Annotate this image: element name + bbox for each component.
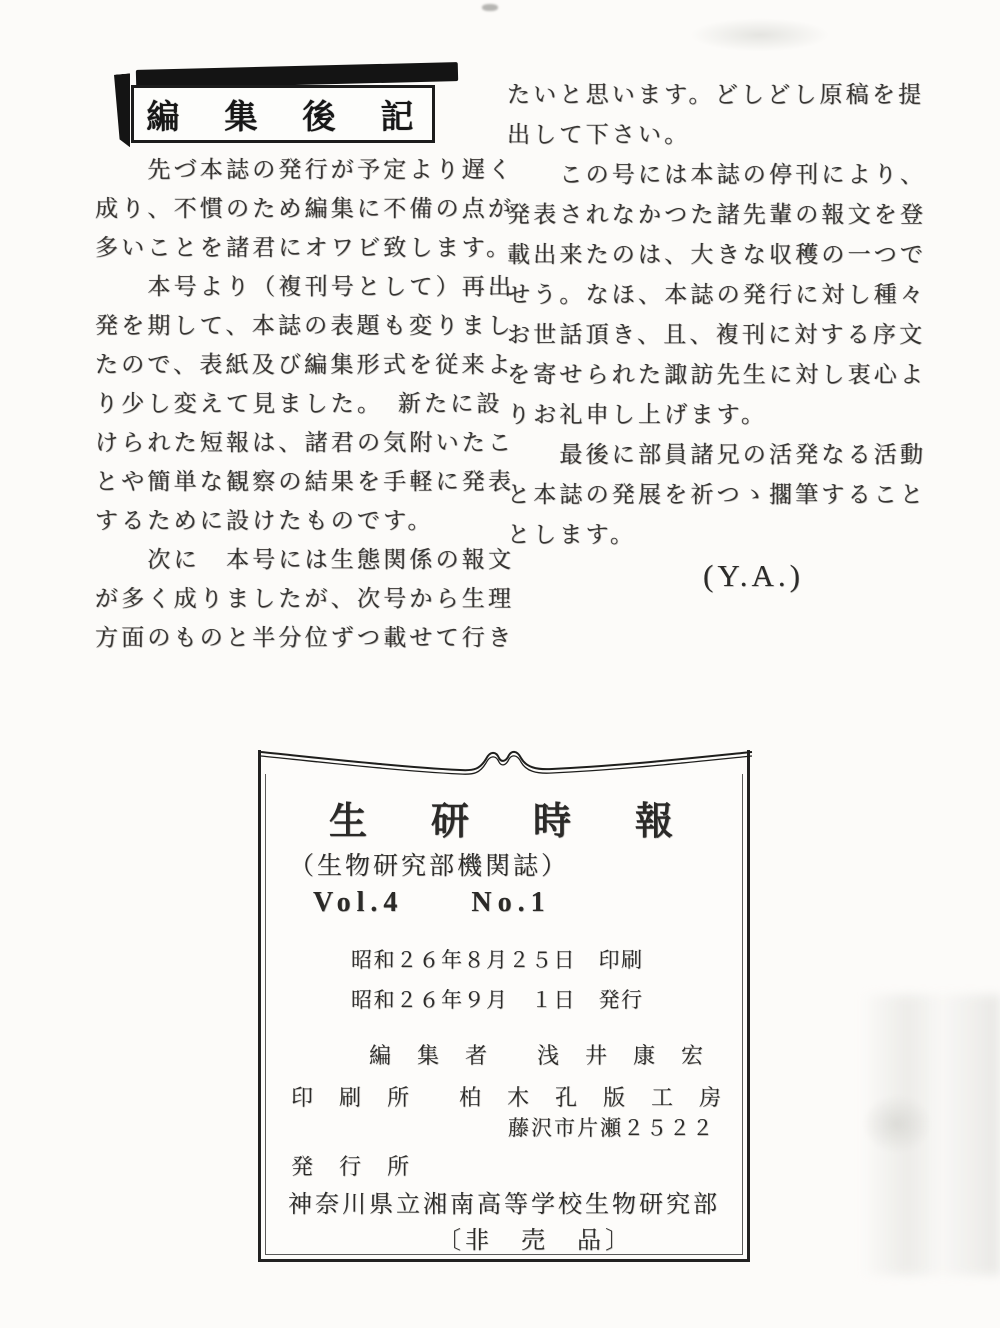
text-line: とします。 [507,514,926,554]
text-line: 出して下さい。 [507,114,926,154]
text-line: 多いことを諸君にオワビ致します。 [95,228,514,267]
text-line: とや簡単な観察の結果を手軽に発表 [95,462,514,501]
text-line: が多く成りましたが、次号から生理 [95,579,514,618]
text-line: 先づ本誌の発行が予定より遅く [95,150,514,189]
scan-smudge [690,18,830,52]
text-line: 方面のものと半分位ずつ載せて行き [95,618,514,657]
publisher-name: 神奈川県立湘南高等学校生物研究部 [288,1184,720,1219]
text-line: 発表されなかつた諸先輩の報文を登 [507,194,926,234]
right-column-lines: たいと思います。どしどし原稿を提出して下さい。 この号には本誌の停刊により、発表… [507,74,926,554]
text-line: 成り、不慣のため編集に不備の点が [95,189,514,228]
editor-line: 編 集 者 浅 井 康 宏 [369,1039,705,1070]
text-line: 次に 本号には生態関係の報文 [95,540,514,579]
printed-date: 昭和２６年８月２５日 印刷 [351,944,644,974]
volume-issue: Vol.4 No.1 [313,880,551,920]
text-line: りお礼申し上げます。 [507,394,926,434]
text-line: この号には本誌の停刊により、 [507,154,926,194]
scanned-document-page: 編 集 後 記 先づ本誌の発行が予定より遅く成り、不慣のため編集に不備の点が多い… [0,0,1000,1328]
publisher-label: 発 行 所 [291,1150,411,1181]
text-line: けられた短報は、諸君の気附いたこ [95,423,514,462]
text-line: 最後に部員諸兄の活発なる活動 [507,434,926,474]
text-line: たいと思います。どしどし原稿を提 [507,74,926,114]
text-line: り少し変えて見ました。 新たに設 [95,384,514,423]
printer-address: 藤沢市片瀬２５２２ [508,1112,715,1142]
text-line: せう。なほ、本誌の発行に対し種々 [507,274,926,314]
printer-line: 印 刷 所 柏 木 孔 版 工 房 [291,1081,723,1112]
not-for-sale-label: 〔非 売 品〕 [437,1220,633,1255]
text-line: 発を期して、本誌の表題も変りまし [95,306,514,345]
left-column-lines: 先づ本誌の発行が予定より遅く成り、不慣のため編集に不備の点が多いことを諸君にオワ… [95,150,514,657]
text-line: を寄せられた諏訪先生に対し衷心よ [507,354,926,394]
scan-smudge [862,1095,932,1153]
decorative-wavy-border-icon [258,742,756,784]
text-line: と本誌の発展を祈つゝ擱筆すること [507,474,926,514]
text-line: するために設けたものです。 [95,501,514,540]
text-line: たので、表紙及び編集形式を従来よ [95,345,514,384]
editorial-text: 先づ本誌の発行が予定より遅く成り、不慣のため編集に不備の点が多いことを諸君にオワ… [95,60,975,700]
editor-signature: (Y.A.) [703,558,804,594]
issued-date: 昭和２６年９月 １日 発行 [351,984,644,1014]
journal-title: 生 研 時 報 [329,790,686,845]
text-line: 本号より（複刊号として）再出 [95,267,514,306]
scan-speck [482,4,498,11]
journal-subtitle: （生物研究部機関誌） [289,846,569,882]
colophon-box: 生 研 時 報 （生物研究部機関誌） Vol.4 No.1 昭和２６年８月２５日… [258,750,750,1262]
text-line: 載出来たのは、大きな収穫の一つで [507,234,926,274]
text-line: お世話頂き、且、複刊に対する序文 [507,314,926,354]
